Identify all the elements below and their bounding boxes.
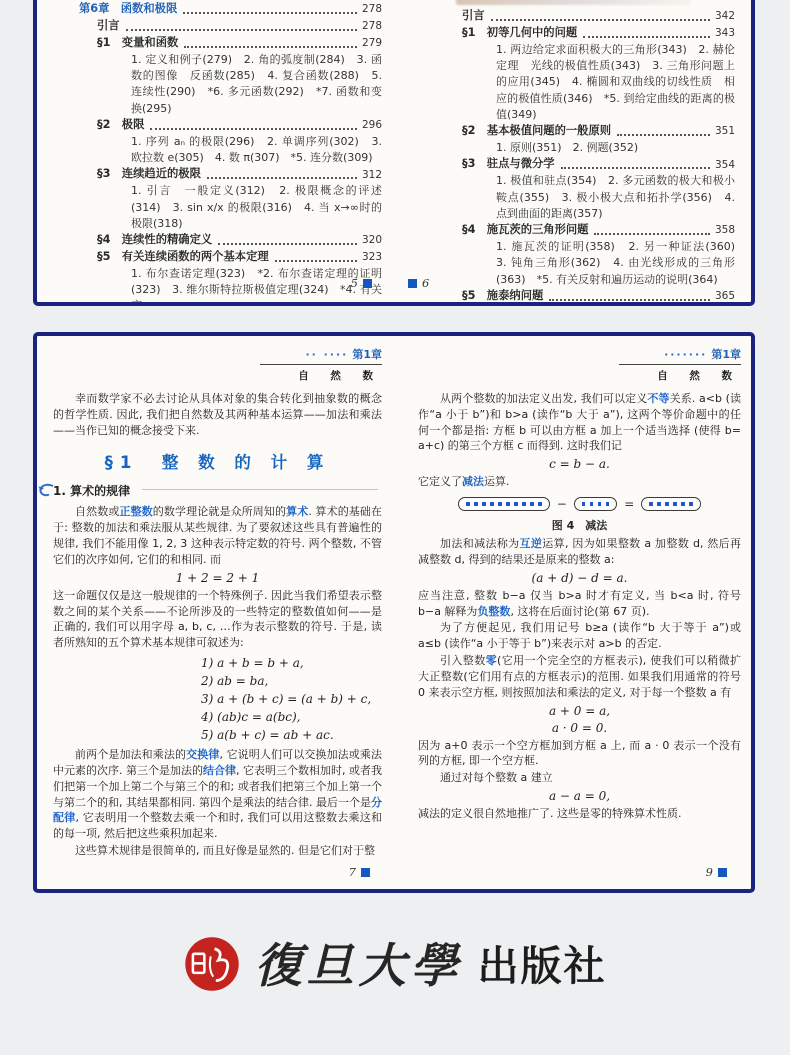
dotted-leader-icon [218,243,357,245]
figure-subtraction: −=图 4 减法 [418,497,741,533]
dotted-leader-icon [126,29,357,31]
text-run: 这些算术规律是很简单的, 而且好像是显然的. 但是它们对于整 [75,844,375,857]
dot-icon [590,502,594,506]
running-head-chapter-text: 第1章 [352,348,382,361]
keyword-highlight: 不等 [647,392,669,405]
dot-icon [582,502,586,506]
publisher-name-calligraphy: 復旦大學 [255,943,463,990]
dot-icon [665,502,669,506]
toc-entry-label: §5 有关连续函数的两个基本定理 [97,249,269,266]
paragraph: 应当注意, 整数 b−a 仅当 b>a 时才有定义, 当 b<a 时, 符号 b… [418,588,741,620]
dot-icon [598,502,602,506]
page-number-5: 5 [351,276,372,290]
dotted-leader-icon [617,134,710,136]
text-run: 自然数或 [75,505,119,518]
running-head-subtitle: 自 然 数 [619,365,741,383]
toc-entry-label: §2 基本极值问题的一般原则 [462,123,611,140]
dot-box [458,497,550,511]
toc-entry-page: 358 [715,223,735,239]
content-page-9: ·······第1章 自 然 数 从两个整数的加法定义出发, 我们可以定义不等关… [394,336,751,889]
dotted-leader-icon [183,12,357,14]
formula-list: 1) a + b = b + a,2) ab = ba,3) a + (b + … [201,654,382,744]
keyword-highlight: 减法 [462,475,484,488]
curved-arrow-icon [38,483,54,502]
toc-entry-label: §4 连续性的精确定义 [97,232,212,249]
subsection-heading-row: 1. 算术的规律 [53,482,382,499]
paragraph: 通过对每个整数 a 建立 [418,770,741,786]
toc-entry-label: §5 施泰纳问题 [462,288,543,305]
text-run: 减法的定义很自然地推广了. 这些是零的特殊算术性质. [418,807,682,820]
formula: a · 0 = 0. [418,721,741,735]
page-number-7: 7 [349,865,370,879]
dot-icon [530,502,534,506]
toc-entry: 第6章 函数和极限278 [79,1,382,18]
running-head-chapter-text: 第1章 [711,348,741,361]
toc-entry: §2 基本极值问题的一般原则351 [444,123,735,140]
dot-icon [673,502,677,506]
text-run: 它定义了 [418,475,462,488]
toc-spread-card: 第6章 函数和极限278引言278§1 变量和函数2791. 定义和例子(279… [33,0,755,306]
dot-icon [689,502,693,506]
toc-entry-label: §1 初等几何中的问题 [462,25,577,42]
dotted-leader-icon [207,177,357,179]
dot-icon [514,502,518,506]
paragraph: 引入整数零(它用一个完全空的方框表示), 使我们可以稍微扩大正整数(它们用有点的… [418,653,741,700]
toc-entry-subitems: 1. 两边给定求面积极大的三角形(343) 2. 赫伦定理 光线的极值性质(34… [444,42,735,123]
text-run: 加法和减法称为 [440,537,520,550]
dot-icon [649,502,653,506]
formula: 1 + 2 = 2 + 1 [53,571,382,585]
page-number-6: 6 [408,276,429,290]
paragraph: 幸而数学家不必去讨论从具体对象的集合转化到抽象数的概念的哲学性质. 因此, 我们… [53,391,382,438]
toc-entry: §5 施泰纳问题365 [444,288,735,305]
running-head-dots: ······· [664,348,707,361]
toc-entry: §1 变量和函数279 [79,35,382,52]
screenshot-root: { "colors":{"frame_navy":"#1a2380","acce… [0,0,790,1055]
publisher-name-suffix: 出版社 [478,946,607,987]
formula-item: 3) a + (b + c) = (a + b) + c, [201,690,382,708]
dotted-leader-icon [184,46,357,48]
toc-entry-label: 第6章 函数和极限 [79,1,177,18]
text-run: 前两个是加法和乘法的 [75,748,186,761]
text-run: 运算. [484,475,510,488]
toc-entry-subitems: 1. 定义和例子(279) 2. 角的弧度制(284) 3. 函数的图像 反函数… [79,52,382,117]
toc-entry: §1 初等几何中的问题343 [444,25,735,42]
keyword-highlight: 互逆 [520,537,543,550]
toc-entry-page: 342 [715,9,735,25]
page-number-square-icon [361,868,370,877]
dot-icon [474,502,478,506]
running-head-chapter: ·······第1章 [619,346,741,365]
paragraph: 从两个整数的加法定义出发, 我们可以定义不等关系. a<b (读作“a 小于 b… [418,391,741,454]
operator-sign: = [624,497,634,511]
toc-entry-label: §3 连续趋近的极限 [97,166,201,183]
running-head: ·· ····第1章 自 然 数 [260,346,382,383]
operator-sign: − [557,497,567,511]
figure-row: −= [418,497,741,511]
paragraph: 这些算术规律是很简单的, 而且好像是显然的. 但是它们对于整 [53,843,382,859]
paragraph: 为了方便起见, 我们用记号 b≥a (读作“b 大于等于 a”)或 a≤b (读… [418,620,741,652]
formula: c = b − a. [418,457,741,471]
toc-entry-label: §3 驻点与微分学 [462,156,555,173]
dotted-leader-icon [491,19,710,21]
section-heading: §1 整 数 的 计 算 [53,449,382,473]
toc-entry-label: §2 极限 [97,117,144,134]
text-run: 引入整数 [440,654,486,667]
publisher-seal-icon [184,936,240,996]
content-spread-card: ·· ····第1章 自 然 数 幸而数学家不必去讨论从具体对象的集合转化到抽象… [33,332,755,893]
toc-entry-subitems: 1. 引言 一般定义(312) 2. 极限概念的评述(314) 3. sin x… [79,183,382,232]
toc-entries-right: 引言342§1 初等几何中的问题3431. 两边给定求面积极大的三角形(343)… [444,8,735,305]
page-number-text: 7 [349,865,356,879]
content-page-7: ·· ····第1章 自 然 数 幸而数学家不必去讨论从具体对象的集合转化到抽象… [37,336,394,889]
text-run: 从两个整数的加法定义出发, 我们可以定义 [440,392,647,405]
dot-icon [482,502,486,506]
paragraph: 它定义了减法运算. [418,474,741,490]
text-run: 因为 a+0 表示一个空方框加到方框 a 上, 而 a · 0 表示一个没有列的… [418,739,741,768]
dotted-leader-icon [594,233,709,235]
page-body: 幸而数学家不必去讨论从具体对象的集合转化到抽象数的概念的哲学性质. 因此, 我们… [53,391,382,859]
text-run: , 它表明用一个整数去乘一个和时, 我们可以用这整数去乘这和的每一项, 然后把这… [53,811,382,840]
toc-entry-label: 引言 [462,8,485,25]
subsection-heading: 1. 算术的规律 [53,482,130,499]
dot-icon [538,502,542,506]
cutoff-chapter-heading [456,0,691,5]
toc-entry: §3 连续趋近的极限312 [79,166,382,183]
toc-entry-page: 365 [715,289,735,305]
toc-entry-page: 279 [362,36,382,52]
toc-page-5: 第6章 函数和极限278引言278§1 变量和函数2791. 定义和例子(279… [37,0,394,302]
toc-entry-subitems: 1. 施瓦茨的证明(358) 2. 另一种证法(360) 3. 钝角三角形(36… [444,239,735,288]
formula-item: 5) a(b + c) = ab + ac. [201,726,382,744]
toc-entry-page: 278 [362,19,382,35]
toc-entry-subitems: 1. 原则(351) 2. 例题(352) [444,140,735,156]
paragraph: 自然数或正整数的数学理论就是众所周知的算术. 算术的基础在于: 整数的加法和乘法… [53,504,382,567]
toc-entry: §3 驻点与微分学354 [444,156,735,173]
toc-entry-subitems: 1. 序列 aₙ 的极限(296) 2. 单调序列(302) 3. 欧拉数 e(… [79,134,382,167]
dot-icon [490,502,494,506]
keyword-highlight: 零 [486,654,497,667]
formula-item: 2) ab = ba, [201,672,382,690]
running-head-chapter: ·· ····第1章 [260,346,382,365]
formula-item: 1) a + b = b + a, [201,654,382,672]
toc-entry-page: 343 [715,26,735,42]
running-head-subtitle: 自 然 数 [260,365,382,383]
toc-entry-label: §4 施瓦茨的三角形问题 [462,222,588,239]
dotted-leader-icon [150,128,357,130]
toc-entry: 引言342 [444,8,735,25]
text-run: 幸而数学家不必去讨论从具体对象的集合转化到抽象数的概念的哲学性质. 因此, 我们… [53,392,382,437]
dotted-leader-icon [275,260,357,262]
keyword-highlight: 正整数 [119,505,152,518]
text-run: 通过对每个整数 a 建立 [440,771,553,784]
toc-entry: §5 有关连续函数的两个基本定理323 [79,249,382,266]
formula: a − a = 0, [418,789,741,803]
formula: (a + d) − d = a. [418,571,741,585]
toc-entry-page: 354 [715,158,735,174]
toc-entry-subitems: 1. 极值和驻点(354) 2. 多元函数的极大和极小 鞍点(355) 3. 极… [444,173,735,222]
toc-entry: §4 施瓦茨的三角形问题358 [444,222,735,239]
dot-icon [606,502,610,506]
page-number-square-icon [363,279,372,288]
text-run: 的数学理论就是众所周知的 [153,505,286,518]
toc-entry-page: 323 [362,250,382,266]
toc-entry-page: 312 [362,168,382,184]
paragraph: 这一命题仅仅是这一般规律的一个特殊例子. 因此当我们希望表示整数之间的某个关系—… [53,588,382,651]
page-body: 从两个整数的加法定义出发, 我们可以定义不等关系. a<b (读作“a 小于 b… [418,391,741,822]
heading-rule [142,489,378,490]
toc-page-6: 引言342§1 初等几何中的问题3431. 两边给定求面积极大的三角形(343)… [394,0,751,302]
toc-entry-label: 引言 [97,18,120,35]
keyword-highlight: 负整数 [477,605,510,618]
toc-entry-page: 278 [362,2,382,18]
page-number-text: 6 [422,276,429,290]
keyword-highlight: 结合律 [203,764,236,777]
keyword-highlight: 交换律 [186,748,219,761]
figure-caption: 图 4 减法 [418,517,741,533]
text-run: 这一命题仅仅是这一般规律的一个特殊例子. 因此当我们希望表示整数之间的某个关系—… [53,589,382,649]
dot-icon [522,502,526,506]
text-run: , 这将在后面讨论(第 67 页). [510,605,649,618]
toc-entry: §2 极限296 [79,117,382,134]
text-run: 为了方便起见, 我们用记号 b≥a (读作“b 大于等于 a”)或 a≤b (读… [418,621,741,650]
dotted-leader-icon [549,299,710,301]
paragraph: 加法和减法称为互逆运算, 因为如果整数 a 加整数 d, 然后再减整数 d, 得… [418,536,741,568]
dot-icon [681,502,685,506]
toc-entry-page: 351 [715,124,735,140]
keyword-highlight: 算术 [286,505,308,518]
page-number-square-icon [718,868,727,877]
dot-icon [657,502,661,506]
dot-icon [466,502,470,506]
paragraph: 因为 a+0 表示一个空方框加到方框 a 上, 而 a · 0 表示一个没有列的… [418,738,741,770]
toc-entry-page: 320 [362,233,382,249]
page-number-square-icon [408,279,417,288]
dotted-leader-icon [583,36,710,38]
dot-icon [506,502,510,506]
toc-entries-left: 第6章 函数和极限278引言278§1 变量和函数2791. 定义和例子(279… [79,1,382,306]
formula-item: 4) (ab)c = a(bc), [201,708,382,726]
toc-entry-subitems: 1. 布尔查诺定理(323) *2. 布尔查诺定理的证明(323) 3. 维尔斯… [79,266,382,306]
running-head-dots: ·· ···· [305,348,348,361]
running-head: ·······第1章 自 然 数 [619,346,741,383]
dot-box [574,497,618,511]
dot-box [641,497,701,511]
page-number-text: 5 [351,276,358,290]
toc-entry-page: 296 [362,118,382,134]
page-number-9: 9 [706,865,727,879]
publisher-logo: 復旦大學 出版社 [0,936,790,996]
paragraph: 前两个是加法和乘法的交换律, 它说明人们可以交换加法或乘法中元素的次序. 第三个… [53,747,382,842]
formula: a + 0 = a, [418,704,741,718]
dotted-leader-icon [561,167,710,169]
paragraph: 减法的定义很自然地推广了. 这些是零的特殊算术性质. [418,806,741,822]
dot-icon [498,502,502,506]
toc-entry: §4 连续性的精确定义320 [79,232,382,249]
toc-entry-label: §1 变量和函数 [97,35,178,52]
page-number-text: 9 [706,865,713,879]
toc-entry: 引言278 [79,18,382,35]
